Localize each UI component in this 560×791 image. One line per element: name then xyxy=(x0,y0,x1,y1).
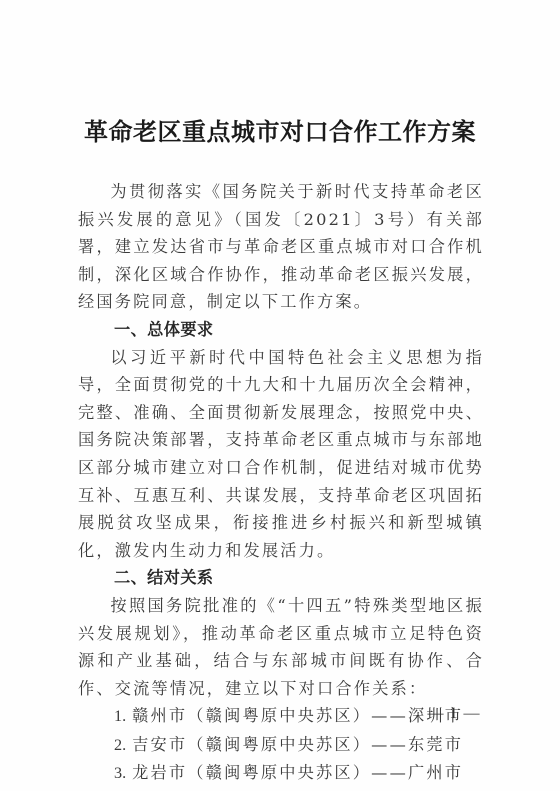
intro-paragraph: 为贯彻落实《国务院关于新时代支持革命老区振兴发展的意见》（国发〔2021〕3号）… xyxy=(78,178,484,316)
list-item-text: 赣州市（赣闽粤原中央苏区）——深圳市 xyxy=(132,706,463,725)
section-paragraph-pairing-relations: 按照国务院批准的《“十四五”特殊类型地区振兴发展规划》，推动革命老区重点城市立足… xyxy=(78,592,484,702)
section-heading-pairing-relations: 二、结对关系 xyxy=(78,564,484,592)
list-item-text: 龙岩市（赣闽粤原中央苏区）——广州市 xyxy=(132,763,463,782)
section-paragraph-general-requirements: 以习近平新时代中国特色社会主义思想为指导，全面贯彻党的十九大和十九届历次全会精神… xyxy=(78,344,484,565)
list-item-text: 吉安市（赣闽粤原中央苏区）——东莞市 xyxy=(132,735,463,754)
pairing-list-item: 2.吉安市（赣闽粤原中央苏区）——东莞市 xyxy=(78,731,484,760)
list-item-number: 1. xyxy=(114,707,126,725)
page-number: — 1 — xyxy=(424,702,484,726)
document-page: 革命老区重点城市对口合作工作方案 为贯彻落实《国务院关于新时代支持革命老区振兴发… xyxy=(0,0,560,791)
pairing-list-item: 3.龙岩市（赣闽粤原中央苏区）——广州市 xyxy=(78,759,484,788)
section-heading-general-requirements: 一、总体要求 xyxy=(78,316,484,344)
document-title: 革命老区重点城市对口合作工作方案 xyxy=(0,116,560,148)
list-item-number: 3. xyxy=(114,764,126,782)
document-body: 为贯彻落实《国务院关于新时代支持革命老区振兴发展的意见》（国发〔2021〕3号）… xyxy=(78,178,484,788)
list-item-number: 2. xyxy=(114,736,126,754)
